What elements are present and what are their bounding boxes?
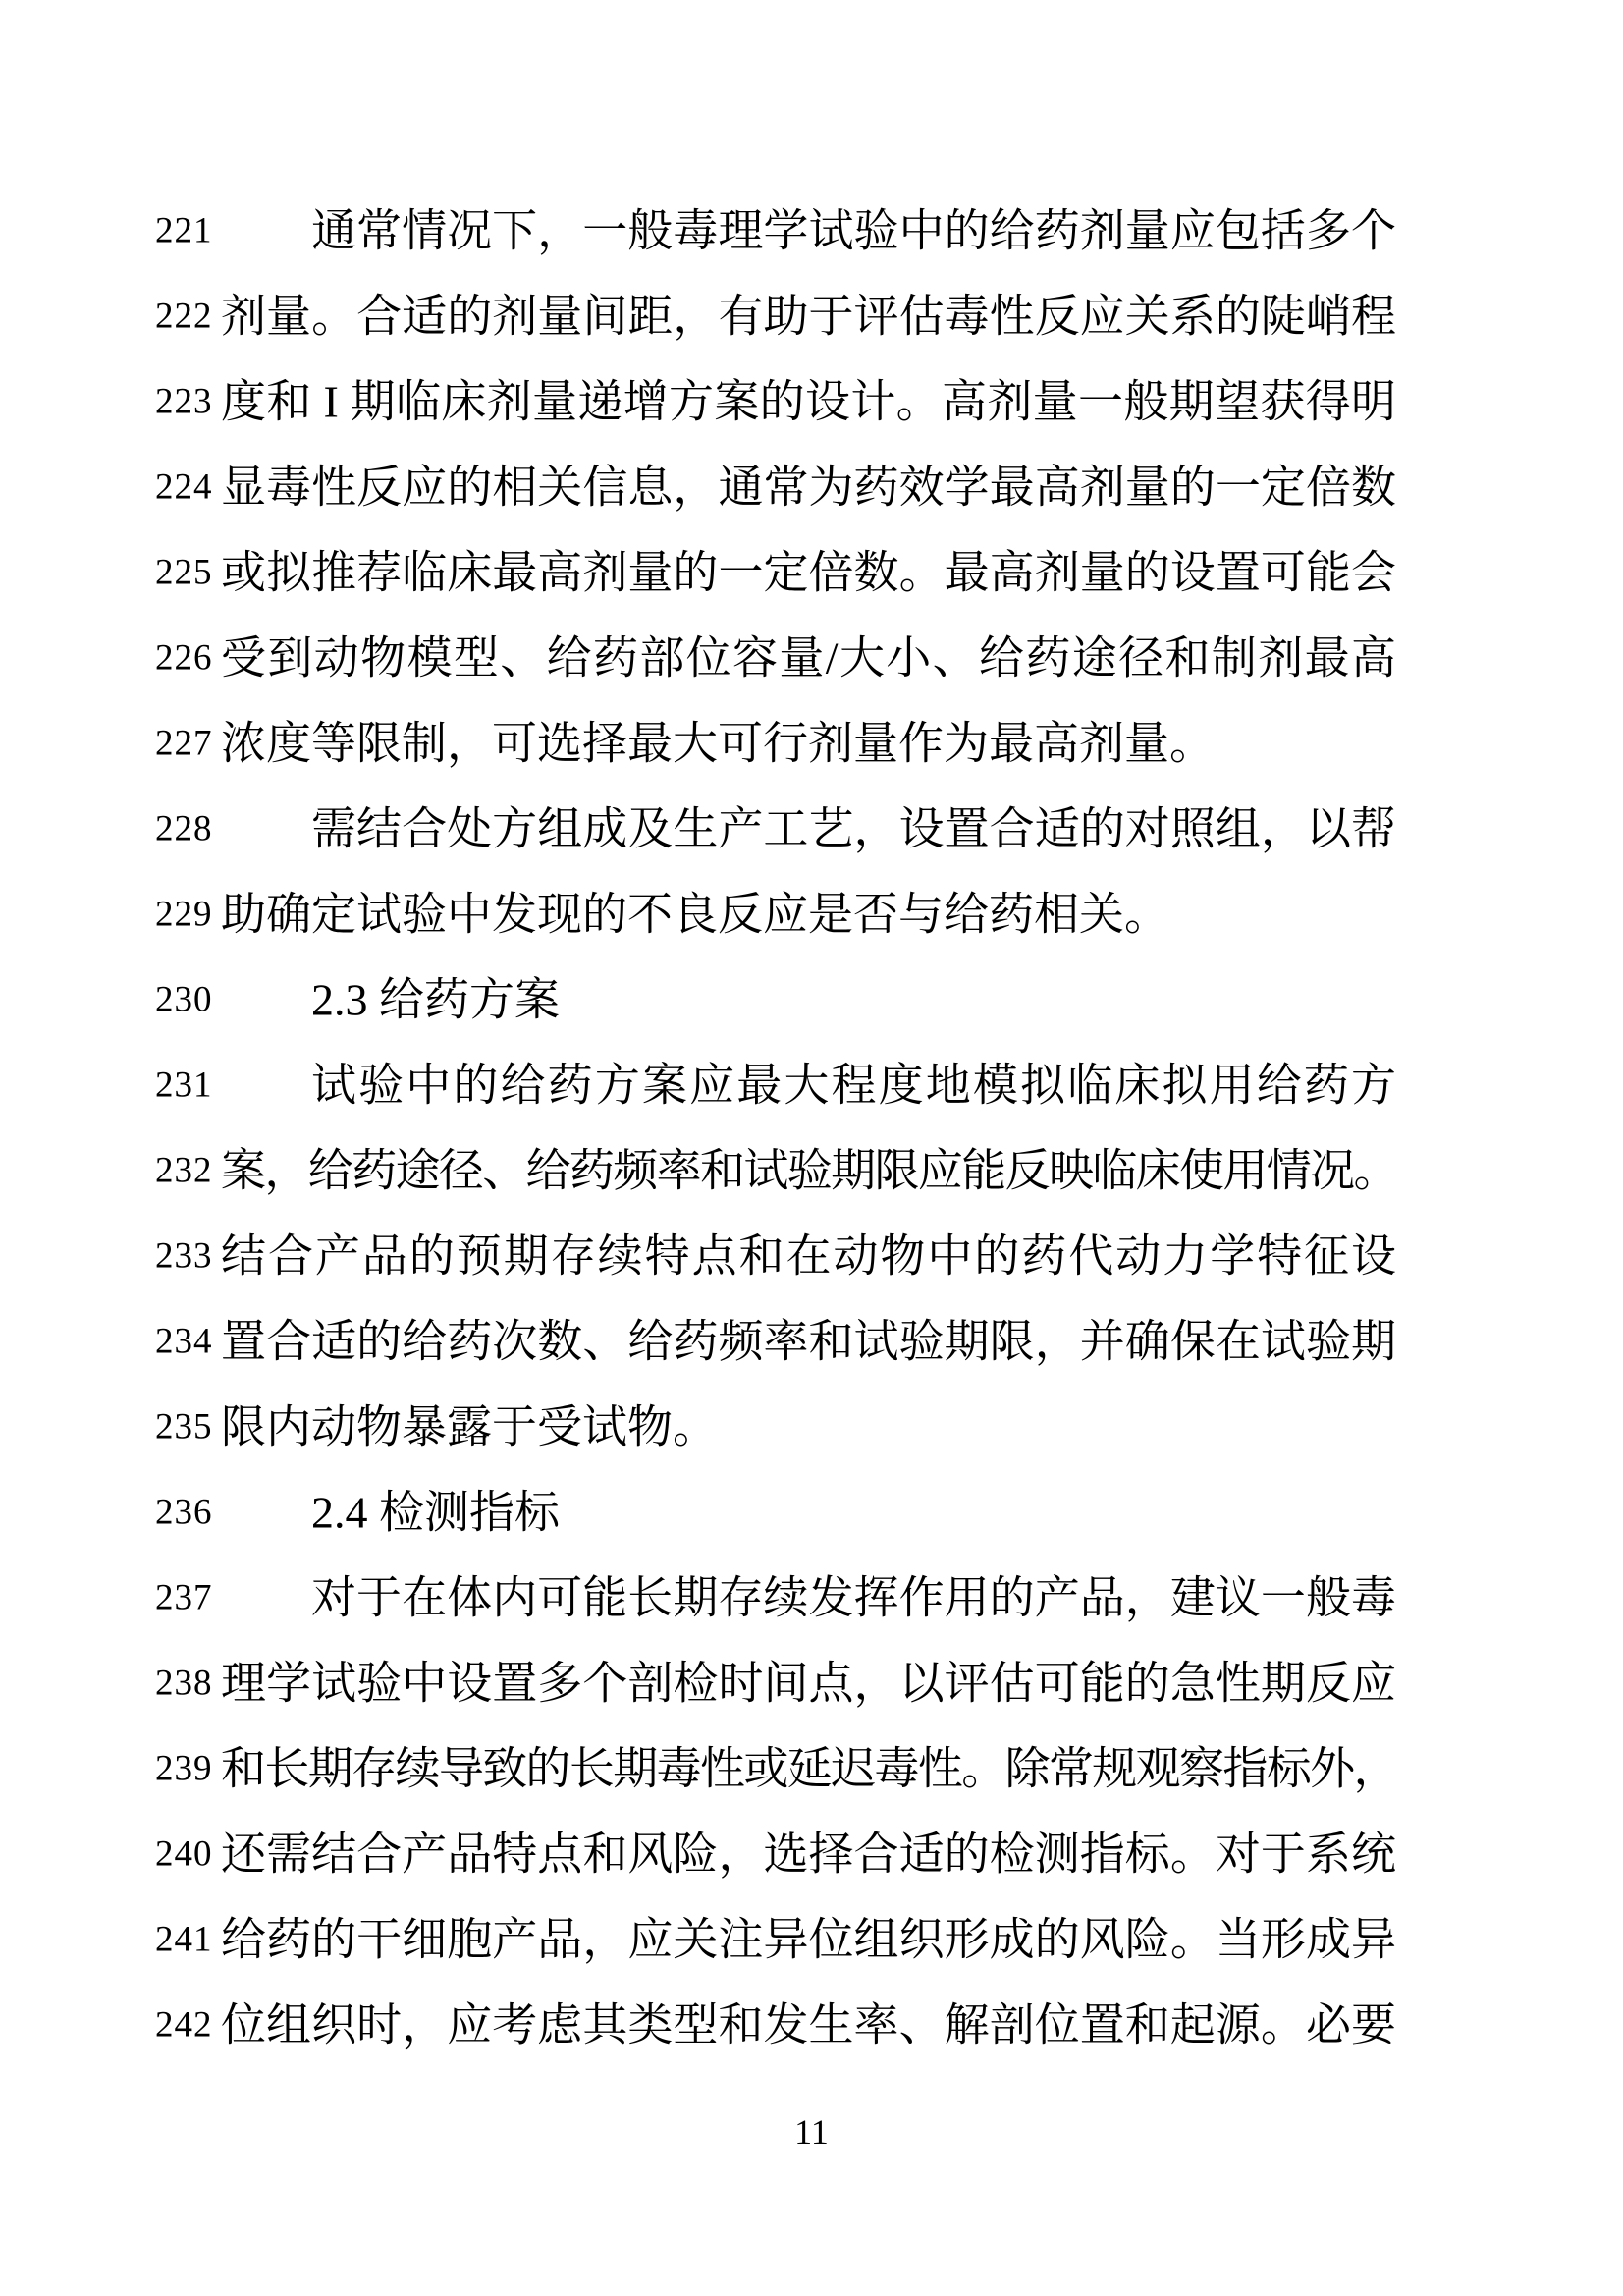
document-line: 239 和长期存续导致的长期毒性或延迟毒性。除常规观察指标外， <box>0 1725 1623 1811</box>
document-line: 229 助确定试验中发现的不良反应是否与给药相关。 <box>0 871 1623 957</box>
line-number: 232 <box>155 1149 213 1191</box>
document-line: 228 需结合处方组成及生产工艺，设置合适的对照组，以帮 <box>0 786 1623 871</box>
document-line: 230 2.3 给药方案 <box>0 957 1623 1042</box>
line-number: 229 <box>155 893 213 935</box>
document-line: 221 通常情况下，一般毒理学试验中的给药剂量应包括多个 <box>0 188 1623 273</box>
line-text: 限内动物暴露于受试物。 <box>221 1399 1396 1453</box>
line-text: 还需结合产品特点和风险，选择合适的检测指标。对于系统 <box>221 1827 1396 1881</box>
line-number: 222 <box>155 295 213 337</box>
document-line: 226 受到动物模型、给药部位容量/大小、给药途径和制剂最高 <box>0 615 1623 700</box>
line-number: 239 <box>155 1747 213 1789</box>
line-text: 案，给药途径、给药频率和试验期限应能反映临床使用情况。 <box>221 1143 1396 1197</box>
line-number: 225 <box>155 551 213 593</box>
line-text: 理学试验中设置多个剖检时间点，以评估可能的急性期反应 <box>221 1656 1396 1710</box>
document-line: 227 浓度等限制，可选择最大可行剂量作为最高剂量。 <box>0 700 1623 786</box>
line-text: 置合适的给药次数、给药频率和试验期限，并确保在试验期 <box>221 1314 1396 1368</box>
document-line: 231 试验中的给药方案应最大程度地模拟临床拟用给药方 <box>0 1042 1623 1127</box>
document-line: 235 限内动物暴露于受试物。 <box>0 1384 1623 1469</box>
line-number: 227 <box>155 722 213 764</box>
line-text: 剂量。合适的剂量间距，有助于评估毒性反应关系的陡峭程 <box>221 289 1396 343</box>
line-text: 对于在体内可能长期存续发挥作用的产品，建议一般毒 <box>221 1570 1396 1624</box>
line-number: 221 <box>155 209 213 251</box>
line-number: 242 <box>155 2003 213 2046</box>
line-text: 受到动物模型、给药部位容量/大小、给药途径和制剂最高 <box>221 630 1396 684</box>
line-number: 233 <box>155 1234 213 1277</box>
line-number: 226 <box>155 636 213 679</box>
line-text: 2.3 给药方案 <box>221 972 1396 1026</box>
line-text: 度和 I 期临床剂量递增方案的设计。高剂量一般期望获得明 <box>221 374 1396 428</box>
line-number: 241 <box>155 1918 213 1960</box>
line-number: 235 <box>155 1405 213 1448</box>
line-text: 结合产品的预期存续特点和在动物中的药代动力学特征设 <box>221 1229 1396 1283</box>
document-line: 238 理学试验中设置多个剖检时间点，以评估可能的急性期反应 <box>0 1640 1623 1725</box>
line-text: 需结合处方组成及生产工艺，设置合适的对照组，以帮 <box>221 801 1396 855</box>
line-text: 试验中的给药方案应最大程度地模拟临床拟用给药方 <box>221 1058 1396 1112</box>
line-text: 通常情况下，一般毒理学试验中的给药剂量应包括多个 <box>221 203 1396 257</box>
line-text: 浓度等限制，可选择最大可行剂量作为最高剂量。 <box>221 716 1396 770</box>
document-line: 233 结合产品的预期存续特点和在动物中的药代动力学特征设 <box>0 1213 1623 1298</box>
line-text: 或拟推荐临床最高剂量的一定倍数。最高剂量的设置可能会 <box>221 545 1396 599</box>
line-text: 助确定试验中发现的不良反应是否与给药相关。 <box>221 887 1396 941</box>
line-text: 显毒性反应的相关信息，通常为药效学最高剂量的一定倍数 <box>221 460 1396 514</box>
line-number: 231 <box>155 1064 213 1106</box>
line-number: 238 <box>155 1662 213 1704</box>
line-number: 240 <box>155 1832 213 1875</box>
line-number: 223 <box>155 380 213 422</box>
document-line: 224 显毒性反应的相关信息，通常为药效学最高剂量的一定倍数 <box>0 444 1623 529</box>
line-number: 230 <box>155 978 213 1020</box>
document-line: 236 2.4 检测指标 <box>0 1469 1623 1555</box>
document-line: 225 或拟推荐临床最高剂量的一定倍数。最高剂量的设置可能会 <box>0 529 1623 615</box>
page-number: 11 <box>0 2111 1623 2153</box>
document-line: 223 度和 I 期临床剂量递增方案的设计。高剂量一般期望获得明 <box>0 358 1623 444</box>
line-text: 和长期存续导致的长期毒性或延迟毒性。除常规观察指标外， <box>221 1741 1396 1795</box>
line-number: 236 <box>155 1491 213 1533</box>
line-text: 位组织时，应考虑其类型和发生率、解剖位置和起源。必要 <box>221 1997 1396 2051</box>
line-text: 2.4 检测指标 <box>221 1485 1396 1539</box>
document-line: 237 对于在体内可能长期存续发挥作用的产品，建议一般毒 <box>0 1555 1623 1640</box>
line-number: 237 <box>155 1576 213 1618</box>
line-text: 给药的干细胞产品，应关注异位组织形成的风险。当形成异 <box>221 1912 1396 1966</box>
line-number: 228 <box>155 807 213 849</box>
document-page: 221 通常情况下，一般毒理学试验中的给药剂量应包括多个 222 剂量。合适的剂… <box>0 0 1623 2296</box>
document-line: 242 位组织时，应考虑其类型和发生率、解剖位置和起源。必要 <box>0 1982 1623 2067</box>
document-line: 222 剂量。合适的剂量间距，有助于评估毒性反应关系的陡峭程 <box>0 273 1623 358</box>
line-number: 234 <box>155 1320 213 1362</box>
line-number: 224 <box>155 465 213 508</box>
document-line: 240 还需结合产品特点和风险，选择合适的检测指标。对于系统 <box>0 1811 1623 1896</box>
document-line: 234 置合适的给药次数、给药频率和试验期限，并确保在试验期 <box>0 1298 1623 1384</box>
document-line: 232 案，给药途径、给药频率和试验期限应能反映临床使用情况。 <box>0 1127 1623 1213</box>
document-line: 241 给药的干细胞产品，应关注异位组织形成的风险。当形成异 <box>0 1896 1623 1982</box>
